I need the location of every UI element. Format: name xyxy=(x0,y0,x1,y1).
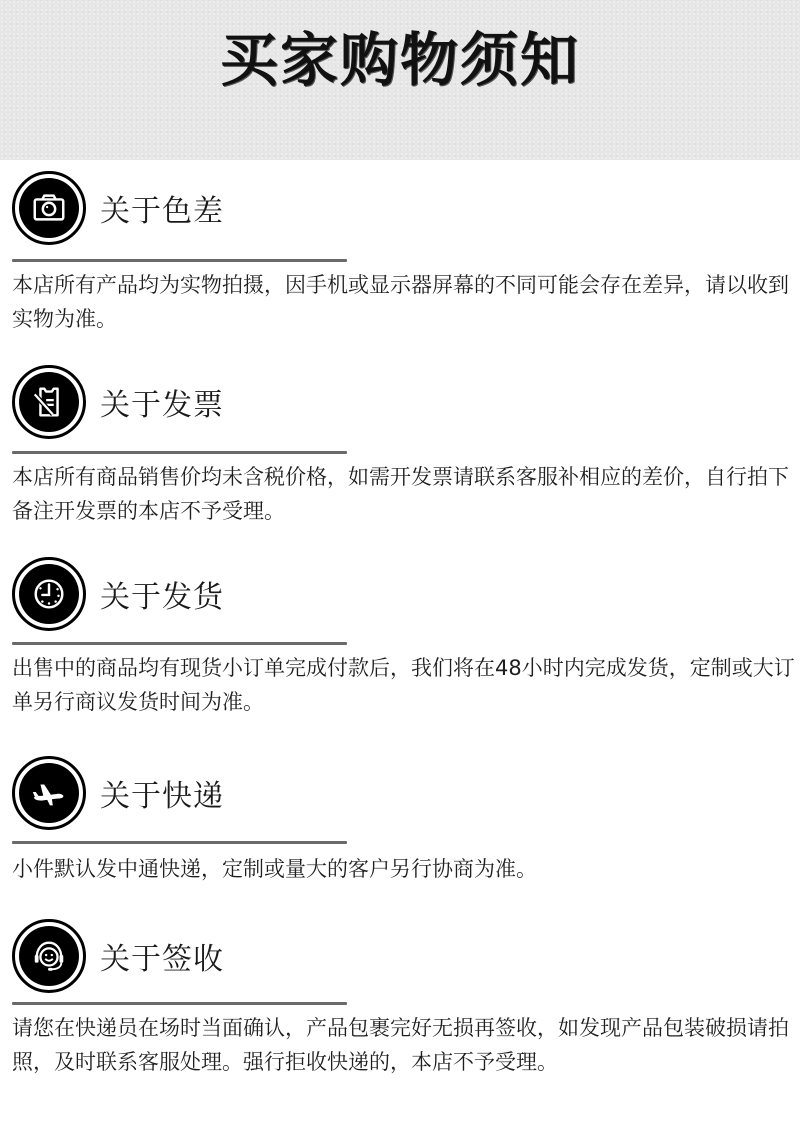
section-body: 本店所有商品销售价均未含税价格，如需开发票请联系客服补相应的差价，自行拍下备注开… xyxy=(12,460,797,528)
section-divider xyxy=(12,841,347,844)
section-title: 关于色差 xyxy=(100,186,224,230)
section-divider xyxy=(12,451,347,454)
section-header: 关于发票 xyxy=(12,364,224,440)
airplane-icon xyxy=(12,756,86,830)
section-body: 小件默认发中通快递，定制或量大的客户另行协商为准。 xyxy=(12,852,797,886)
section-divider xyxy=(12,259,347,262)
invoice-icon xyxy=(12,365,86,439)
section-body: 出售中的商品均有现货小订单完成付款后，我们将在48小时内完成发货，定制或大订单另… xyxy=(12,651,797,719)
section-header: 关于签收 xyxy=(12,918,224,994)
section-title: 关于发货 xyxy=(100,572,224,616)
section-header: 关于发货 xyxy=(12,556,224,632)
section-header: 关于色差 xyxy=(12,170,224,246)
section-title: 关于发票 xyxy=(100,380,224,424)
customer-service-icon xyxy=(12,919,86,993)
section-title: 关于快递 xyxy=(100,771,224,815)
header-banner: 买家购物须知 xyxy=(0,0,800,160)
section-body: 本店所有产品均为实物拍摄，因手机或显示器屏幕的不同可能会存在差异，请以收到实物为… xyxy=(12,268,797,336)
section-divider xyxy=(12,642,347,645)
camera-icon xyxy=(12,171,86,245)
section-divider xyxy=(12,1002,347,1005)
section-header: 关于快递 xyxy=(12,755,224,831)
page-title: 买家购物须知 xyxy=(0,22,800,98)
section-body: 请您在快递员在场时当面确认，产品包裹完好无损再签收，如发现产品包装破损请拍照，及… xyxy=(12,1011,797,1079)
clock-icon xyxy=(12,557,86,631)
section-title: 关于签收 xyxy=(100,934,224,978)
